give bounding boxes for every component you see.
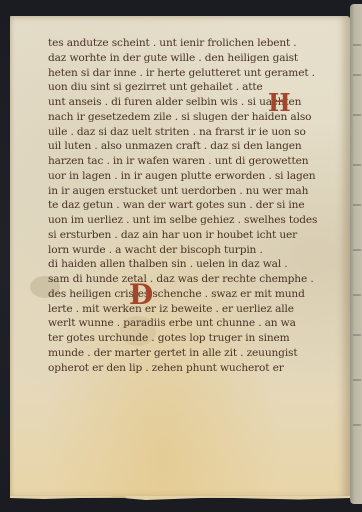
text-line: uile . daz si daz uelt striten . na frar… bbox=[48, 125, 332, 140]
ghost-text-line bbox=[353, 334, 361, 336]
manuscript-text-block: tes andutze scheint . unt ienir froliche… bbox=[48, 36, 332, 375]
text-line: te daz getun . wan der wart gotes sun . … bbox=[48, 198, 332, 213]
text-line: sam di hunde zetal . daz was der rechte … bbox=[48, 272, 332, 287]
text-line: ter gotes urchunde . gotes lop truger in… bbox=[48, 331, 332, 346]
ghost-text-line bbox=[353, 44, 361, 46]
ghost-text-line bbox=[353, 249, 361, 251]
next-page-edge[interactable] bbox=[350, 4, 362, 504]
text-line: tes andutze scheint . unt ienir froliche… bbox=[48, 36, 332, 51]
manuscript-viewer: tes andutze scheint . unt ienir froliche… bbox=[0, 0, 362, 512]
text-line: uon im uerliez . unt im selbe gehiez . s… bbox=[48, 213, 332, 228]
text-line: werlt wunne . paradiis erbe unt chunne .… bbox=[48, 316, 332, 331]
rubricated-initial-d: D bbox=[129, 281, 153, 309]
rubricated-initial-h: H bbox=[268, 91, 291, 115]
text-line: di haiden allen thalben sin . uelen in d… bbox=[48, 257, 332, 272]
ghost-text-line bbox=[353, 204, 361, 206]
text-line: opherot er den lip . zehen phunt wuchero… bbox=[48, 361, 332, 376]
text-line: uil luten . also unmazen craft . daz si … bbox=[48, 139, 332, 154]
text-line: munde . der marter gertet in alle zit . … bbox=[48, 346, 332, 361]
text-line: heten si dar inne . ir herte gelutteret … bbox=[48, 66, 332, 81]
text-line: des heiligen cristes schenche . swaz er … bbox=[48, 287, 332, 302]
text-line: lerte . mit werken er iz beweite . er ue… bbox=[48, 302, 332, 317]
text-line: si ersturben . daz ain har uon ir houbet… bbox=[48, 228, 332, 243]
text-line: in ir augen erstucket unt uerdorben . nu… bbox=[48, 184, 332, 199]
ghost-text-line bbox=[353, 74, 361, 76]
ghost-text-line bbox=[353, 164, 361, 166]
ghost-text-line bbox=[353, 114, 361, 116]
text-line: harzen tac . in ir wafen waren . unt di … bbox=[48, 154, 332, 169]
ghost-text-line bbox=[353, 379, 361, 381]
text-line: daz worhte in der gute wille . den heili… bbox=[48, 51, 332, 66]
text-line: uor in lagen . in ir augen plutte erword… bbox=[48, 169, 332, 184]
ghost-text-line bbox=[353, 424, 361, 426]
ghost-text-line bbox=[353, 294, 361, 296]
text-line: lorn wurde . a wacht der biscoph turpin … bbox=[48, 243, 332, 258]
